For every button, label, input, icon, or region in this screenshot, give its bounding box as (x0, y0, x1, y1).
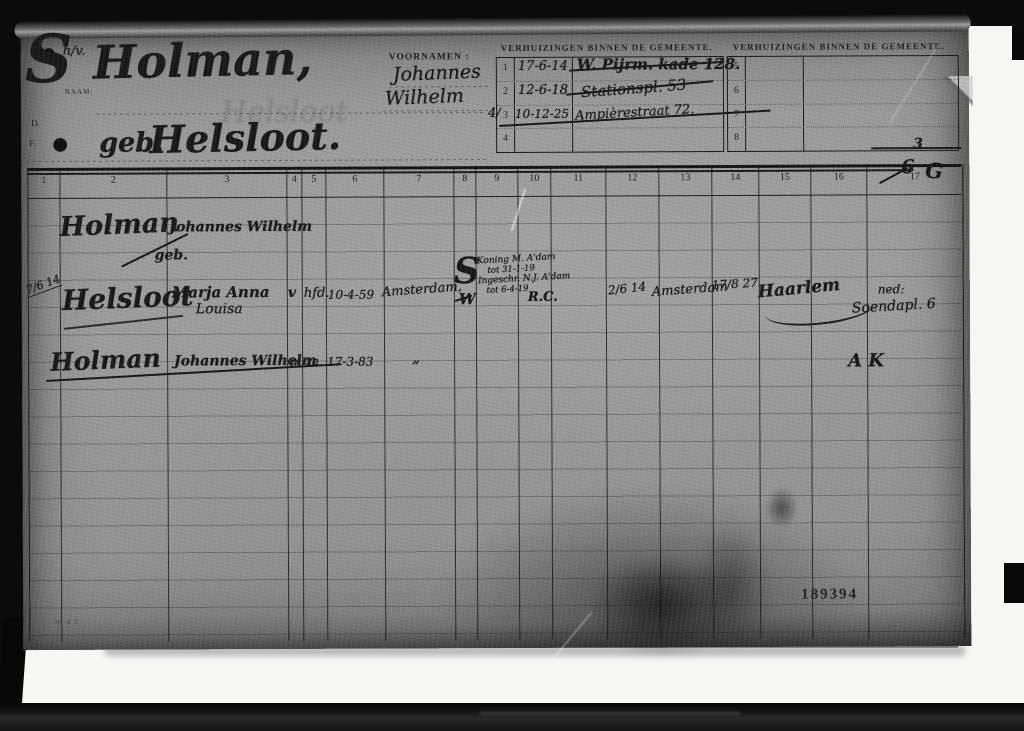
paper-grain (21, 24, 972, 650)
population-register-card: S h/v. NAAM: D. F. Holman, Helsloot geb.… (21, 24, 972, 650)
scanner-bed-bar (0, 703, 1024, 731)
scanner-bar-highlight (480, 712, 740, 715)
scan-artifact-top-right (1012, 26, 1024, 60)
scan-artifact-right (1004, 563, 1024, 603)
page-background-bottom (18, 648, 1024, 706)
